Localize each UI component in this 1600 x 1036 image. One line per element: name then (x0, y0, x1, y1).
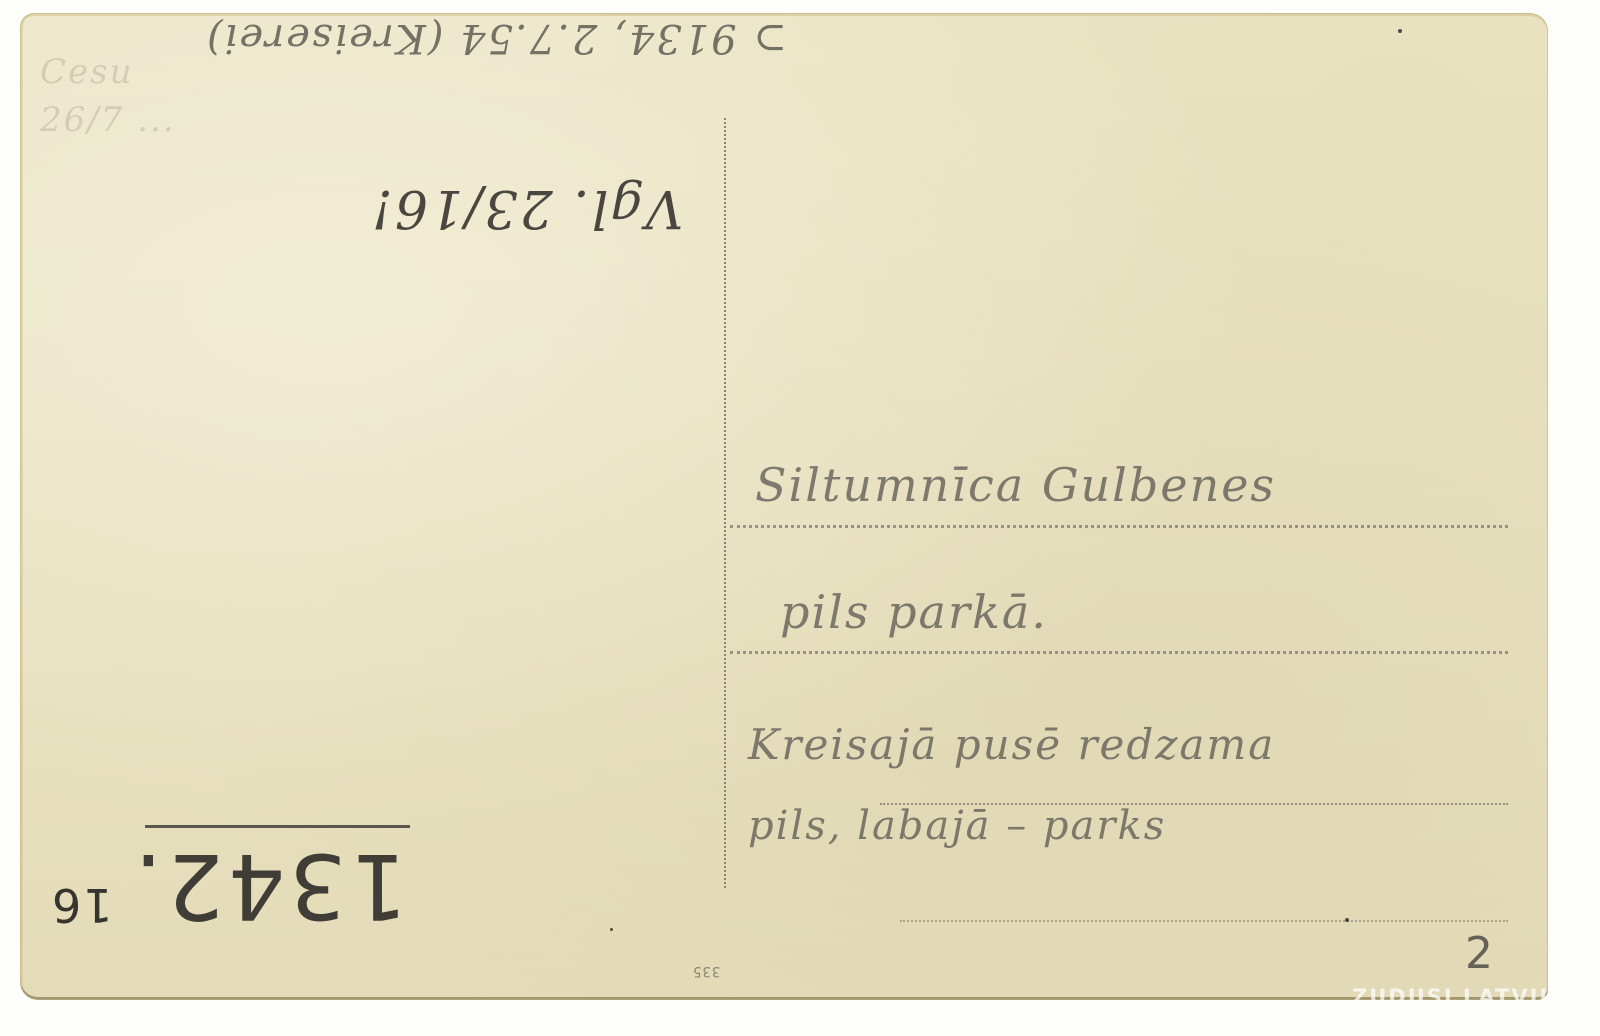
inventory-number-overline (145, 825, 410, 828)
message-line-3: Kreisajā pusē redzama (748, 720, 1275, 769)
ink-dot (610, 928, 613, 931)
viewer-stage: Cesu 26/7 ... ⊃ 9134, 2.7.54 (Kreiserei)… (0, 0, 1600, 1036)
message-line-1: Siltumnīca Gulbenes (755, 458, 1276, 512)
message-line-2: pils parkā. (780, 585, 1048, 639)
upside-down-catalog-note: ⊃ 9134, 2.7.54 (Kreiserei) (205, 15, 787, 61)
printer-mark: 335 (692, 963, 720, 979)
faint-pencil-note: Cesu 26/7 ... (40, 48, 176, 144)
address-rule-1 (730, 525, 1508, 528)
vertical-divider-line (724, 118, 726, 888)
ink-dot (1398, 29, 1402, 33)
ink-dot (1345, 918, 1349, 922)
upside-down-archive-reference: Vgl. 23/16! (370, 178, 683, 238)
upside-down-inventory-suffix: 16 (50, 878, 113, 932)
address-rule-2 (730, 651, 1508, 654)
message-line-4: pils, labajā – parks (748, 803, 1166, 849)
postcard-back: Cesu 26/7 ... ⊃ 9134, 2.7.54 (Kreiserei)… (20, 13, 1548, 1000)
watermark: zudusi latvija (1352, 985, 1548, 1000)
page-number: 2 (1465, 928, 1495, 979)
upside-down-inventory-number: 1342. (130, 833, 408, 938)
address-rule-4 (900, 920, 1508, 922)
